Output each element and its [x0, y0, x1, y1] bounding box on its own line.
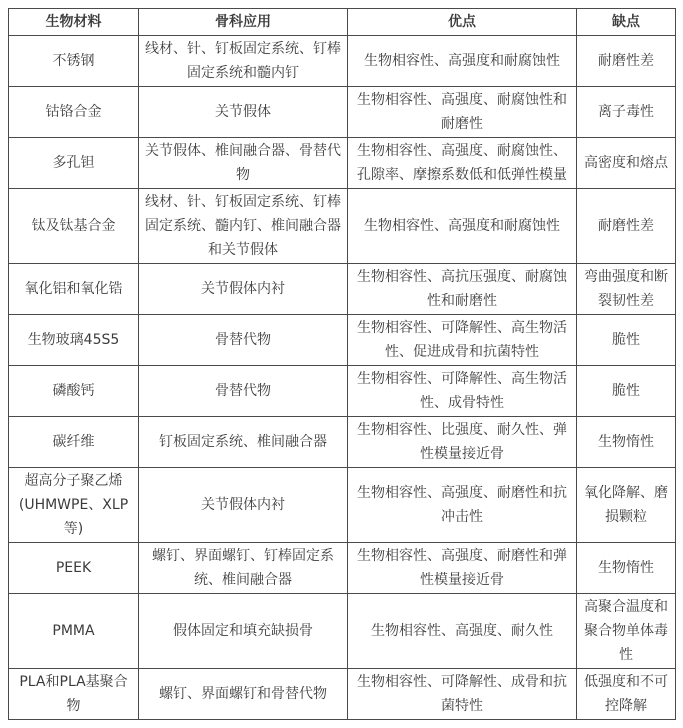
table-cell: 假体固定和填充缺损骨 [139, 594, 348, 669]
table-row: 钴铬合金关节假体生物相容性、高强度、耐腐蚀性和耐磨性离子毒性 [9, 87, 676, 138]
table-cell: 生物相容性、高强度、耐磨性和弹性模量接近骨 [348, 543, 577, 594]
table-cell: 磷酸钙 [9, 366, 139, 417]
table-row: 钛及钛基合金线材、针、钉板固定系统、钉棒固定系统、髓内钉、椎间融合器和关节假体生… [9, 189, 676, 264]
table-cell: 生物相容性、比强度、耐久性、弹性模量接近骨 [348, 417, 577, 468]
table-cell: 关节假体 [139, 87, 348, 138]
table-cell: 钛及钛基合金 [9, 189, 139, 264]
table-cell: 生物玻璃45S5 [9, 315, 139, 366]
header-cell: 缺点 [577, 9, 676, 36]
table-cell: 高聚合温度和聚合物单体毒性 [577, 594, 676, 669]
table-cell: 生物相容性、高强度和耐腐蚀性 [348, 189, 577, 264]
table-cell: PEEK [9, 543, 139, 594]
table-cell: 螺钉、界面螺钉、钉棒固定系统、椎间融合器 [139, 543, 348, 594]
table-cell: 脆性 [577, 315, 676, 366]
table-cell: 生物相容性、可降解性、高生物活性、成骨特性 [348, 366, 577, 417]
header-cell: 生物材料 [9, 9, 139, 36]
table-cell: 生物相容性、高强度、耐腐蚀性和耐磨性 [348, 87, 577, 138]
table-cell: 生物相容性、高强度、耐腐蚀性、孔隙率、摩擦系数低和低弹性模量 [348, 138, 577, 189]
header-row: 生物材料骨科应用优点缺点 [9, 9, 676, 36]
table-row: 磷酸钙骨替代物生物相容性、可降解性、高生物活性、成骨特性脆性 [9, 366, 676, 417]
table-cell: 骨替代物 [139, 315, 348, 366]
table-cell: 生物相容性、高抗压强度、耐腐蚀性和耐磨性 [348, 264, 577, 315]
table-cell: 低强度和不可控降解 [577, 669, 676, 720]
table-cell: 超高分子聚乙烯(UHMWPE、XLP等) [9, 468, 139, 543]
table-cell: 钉板固定系统、椎间融合器 [139, 417, 348, 468]
table-cell: PLA和PLA基聚合物 [9, 669, 139, 720]
table-cell: 高密度和熔点 [577, 138, 676, 189]
table-cell: 线材、针、钉板固定系统、钉棒固定系统、髓内钉、椎间融合器和关节假体 [139, 189, 348, 264]
table-cell: 关节假体内衬 [139, 264, 348, 315]
table-cell: 螺钉、界面螺钉和骨替代物 [139, 669, 348, 720]
table-cell: 耐磨性差 [577, 189, 676, 264]
table-row: PMMA假体固定和填充缺损骨生物相容性、高强度、耐久性高聚合温度和聚合物单体毒性 [9, 594, 676, 669]
table-cell: 生物相容性、高强度和耐腐蚀性 [348, 36, 577, 87]
table-row: PLA和PLA基聚合物螺钉、界面螺钉和骨替代物生物相容性、可降解性、成骨和抗菌特… [9, 669, 676, 720]
table-cell: 脆性 [577, 366, 676, 417]
table-row: PEEK螺钉、界面螺钉、钉棒固定系统、椎间融合器生物相容性、高强度、耐磨性和弹性… [9, 543, 676, 594]
table-row: 多孔钽关节假体、椎间融合器、骨替代物生物相容性、高强度、耐腐蚀性、孔隙率、摩擦系… [9, 138, 676, 189]
table-cell: 生物相容性、高强度、耐磨性和抗冲击性 [348, 468, 577, 543]
table-cell: 不锈钢 [9, 36, 139, 87]
table-cell: PMMA [9, 594, 139, 669]
table-cell: 线材、针、钉板固定系统、钉棒固定系统和髓内钉 [139, 36, 348, 87]
table-cell: 耐磨性差 [577, 36, 676, 87]
table-cell: 生物相容性、高强度、耐久性 [348, 594, 577, 669]
table-cell: 离子毒性 [577, 87, 676, 138]
table-cell: 碳纤维 [9, 417, 139, 468]
table-cell: 氧化降解、磨损颗粒 [577, 468, 676, 543]
table-cell: 氧化铝和氧化锆 [9, 264, 139, 315]
table-cell: 生物相容性、可降解性、成骨和抗菌特性 [348, 669, 577, 720]
table-cell: 关节假体、椎间融合器、骨替代物 [139, 138, 348, 189]
table-cell: 骨替代物 [139, 366, 348, 417]
table-cell: 钴铬合金 [9, 87, 139, 138]
table-cell: 多孔钽 [9, 138, 139, 189]
table-container: 生物材料骨科应用优点缺点 不锈钢线材、针、钉板固定系统、钉棒固定系统和髓内钉生物… [0, 0, 683, 728]
table-cell: 关节假体内衬 [139, 468, 348, 543]
table-row: 生物玻璃45S5骨替代物生物相容性、可降解性、高生物活性、促进成骨和抗菌特性脆性 [9, 315, 676, 366]
table-body: 不锈钢线材、针、钉板固定系统、钉棒固定系统和髓内钉生物相容性、高强度和耐腐蚀性耐… [9, 36, 676, 720]
table-row: 碳纤维钉板固定系统、椎间融合器生物相容性、比强度、耐久性、弹性模量接近骨生物惰性 [9, 417, 676, 468]
biomaterials-table: 生物材料骨科应用优点缺点 不锈钢线材、针、钉板固定系统、钉棒固定系统和髓内钉生物… [8, 8, 676, 720]
table-row: 氧化铝和氧化锆关节假体内衬生物相容性、高抗压强度、耐腐蚀性和耐磨性弯曲强度和断裂… [9, 264, 676, 315]
table-cell: 生物惰性 [577, 543, 676, 594]
header-cell: 骨科应用 [139, 9, 348, 36]
table-row: 超高分子聚乙烯(UHMWPE、XLP等)关节假体内衬生物相容性、高强度、耐磨性和… [9, 468, 676, 543]
table-cell: 弯曲强度和断裂韧性差 [577, 264, 676, 315]
table-row: 不锈钢线材、针、钉板固定系统、钉棒固定系统和髓内钉生物相容性、高强度和耐腐蚀性耐… [9, 36, 676, 87]
table-cell: 生物相容性、可降解性、高生物活性、促进成骨和抗菌特性 [348, 315, 577, 366]
header-cell: 优点 [348, 9, 577, 36]
table-cell: 生物惰性 [577, 417, 676, 468]
